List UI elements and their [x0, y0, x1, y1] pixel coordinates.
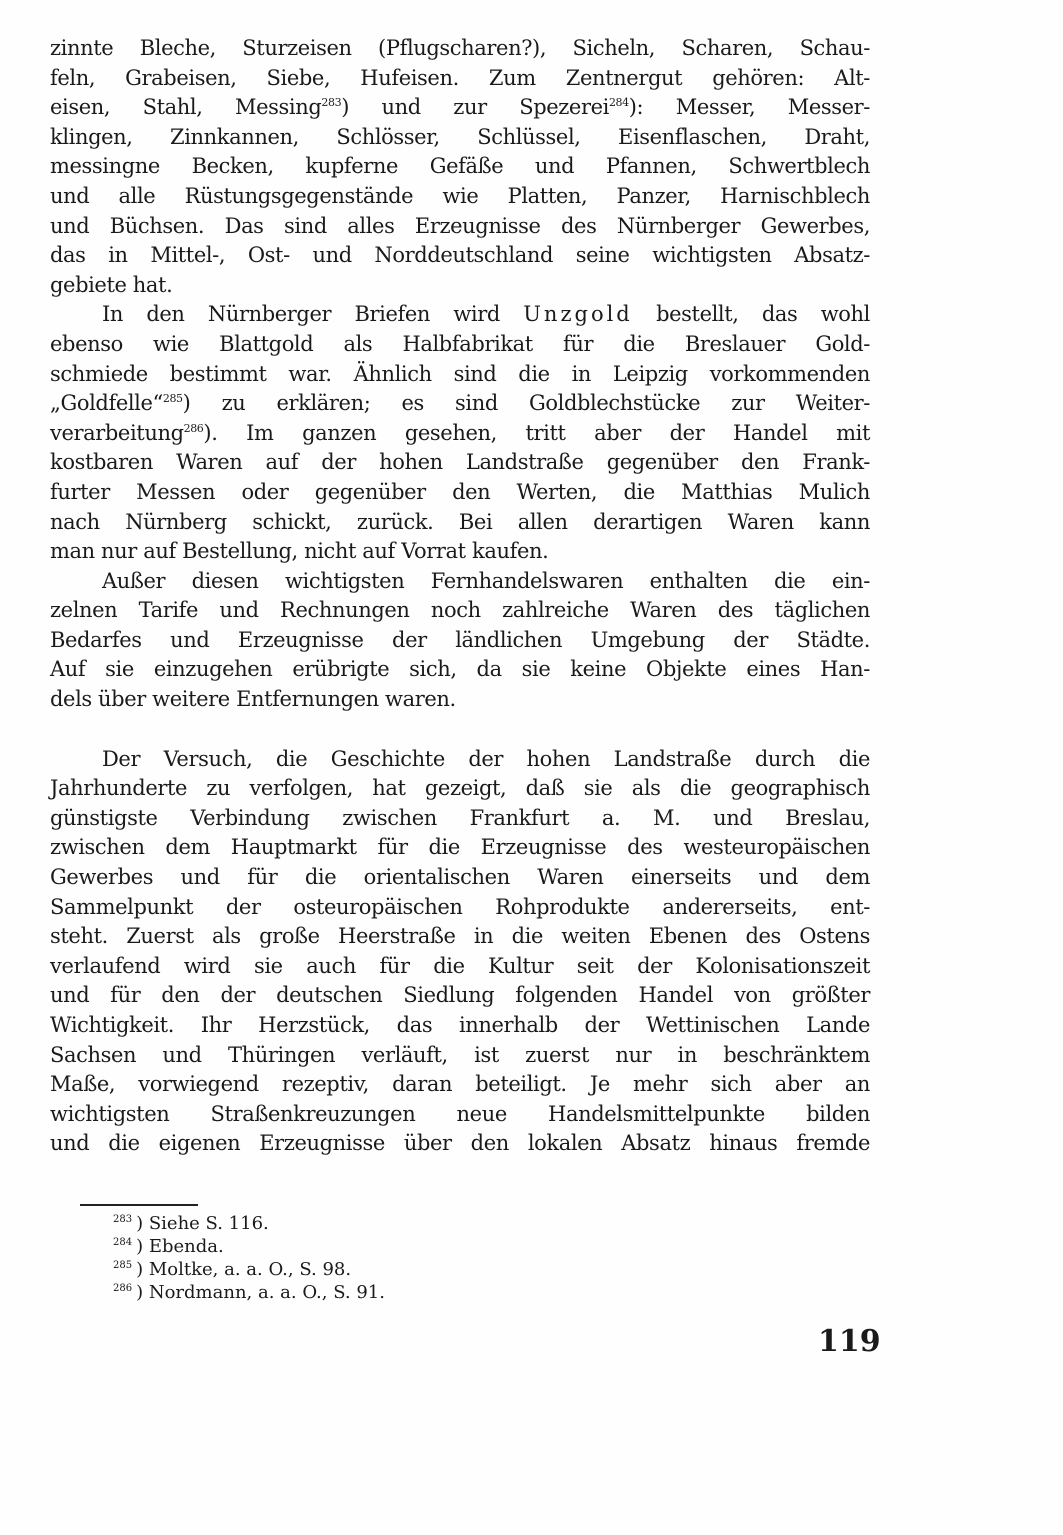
- text-line: günstigste Verbindung zwischen Frankfurt…: [50, 804, 870, 834]
- text-line: zwischen dem Hauptmarkt für die Erzeugni…: [50, 833, 870, 863]
- footnote: 284) Ebenda.: [113, 1235, 613, 1258]
- text-fragment: In den Nürnberger Briefen wird: [102, 302, 523, 326]
- footnote: 285) Moltke, a. a. O., S. 98.: [113, 1258, 613, 1281]
- footnote-ref: 284: [609, 96, 629, 109]
- text-line: zinnte Bleche, Sturzeisen (Pflugscharen?…: [50, 34, 870, 64]
- page-number: 119: [818, 1324, 881, 1359]
- text-line: man nur auf Bestellung, nicht auf Vorrat…: [50, 537, 870, 567]
- footnote-number: 285: [113, 1260, 132, 1271]
- text-line: kostbaren Waren auf der hohen Landstraße…: [50, 448, 870, 478]
- text-line: Sachsen und Thüringen verläuft, ist zuer…: [50, 1041, 870, 1071]
- text-line: klingen, Zinnkannen, Schlösser, Schlüsse…: [50, 123, 870, 153]
- text-line: Jahrhunderte zu verfolgen, hat gezeigt, …: [50, 774, 870, 804]
- footnote-number: 286: [113, 1283, 132, 1294]
- footnote-ref: 285: [163, 392, 183, 405]
- text-line: In den Nürnberger Briefen wird Unzgold b…: [50, 300, 870, 330]
- text-line: dels über weitere Entfernungen waren.: [50, 685, 870, 715]
- text-line: Bedarfes und Erzeugnisse der ländlichen …: [50, 626, 870, 656]
- section-gap: [50, 715, 870, 745]
- text-line: feln, Grabeisen, Siebe, Hufeisen. Zum Ze…: [50, 64, 870, 94]
- footnote-divider: [80, 1204, 198, 1206]
- text-line: messingne Becken, kupferne Gefäße und Pf…: [50, 152, 870, 182]
- text-line: Maße, vorwiegend rezeptiv, daran beteili…: [50, 1070, 870, 1100]
- text-line: Der Versuch, die Geschichte der hohen La…: [50, 745, 870, 775]
- footnote-ref: 286: [184, 422, 204, 435]
- text-line: und die eigenen Erzeugnisse über den lok…: [50, 1129, 870, 1159]
- footnote: 283) Siehe S. 116.: [113, 1212, 613, 1235]
- text-line: furter Messen oder gegenüber den Werten,…: [50, 478, 870, 508]
- text-fragment: bestellt, das wohl: [633, 302, 870, 326]
- text-line: ebenso wie Blattgold als Halbfabrikat fü…: [50, 330, 870, 360]
- text-line: zelnen Tarife und Rechnungen noch zahlre…: [50, 596, 870, 626]
- emphasized-term: Unzgold: [523, 302, 633, 326]
- text-line: Gewerbes und für die orientalischen Ware…: [50, 863, 870, 893]
- footnote-number: 283: [113, 1214, 132, 1225]
- text-line: eisen, Stahl, Messing283) und zur Spezer…: [50, 93, 870, 123]
- body-text: zinnte Bleche, Sturzeisen (Pflugscharen?…: [50, 34, 870, 1159]
- text-line: wichtigsten Straßenkreuzungen neue Hande…: [50, 1100, 870, 1130]
- text-fragment: ) zu erklären; es sind Goldblechstücke z…: [183, 391, 870, 415]
- text-fragment: „Goldfelle“: [50, 391, 163, 415]
- text-line: steht. Zuerst als große Heerstraße in di…: [50, 922, 870, 952]
- book-page: zinnte Bleche, Sturzeisen (Pflugscharen?…: [0, 0, 1063, 1535]
- footnote-text: ) Moltke, a. a. O., S. 98.: [136, 1259, 351, 1280]
- text-fragment: verarbeitung: [50, 421, 184, 445]
- text-line: gebiete hat.: [50, 271, 870, 301]
- text-line: das in Mittel-, Ost- und Norddeutschland…: [50, 241, 870, 271]
- text-line: „Goldfelle“285) zu erklären; es sind Gol…: [50, 389, 870, 419]
- footnote-text: ) Siehe S. 116.: [136, 1213, 269, 1234]
- footnote: 286) Nordmann, a. a. O., S. 91.: [113, 1281, 613, 1304]
- text-line: verarbeitung286). Im ganzen gesehen, tri…: [50, 419, 870, 449]
- footnote-ref: 283: [321, 96, 341, 109]
- text-line: und Büchsen. Das sind alles Erzeugnisse …: [50, 212, 870, 242]
- text-line: und für den der deutschen Siedlung folge…: [50, 981, 870, 1011]
- text-line: schmiede bestimmt war. Ähnlich sind die …: [50, 360, 870, 390]
- text-line: Wichtigkeit. Ihr Herzstück, das innerhal…: [50, 1011, 870, 1041]
- footnote-text: ) Nordmann, a. a. O., S. 91.: [136, 1282, 385, 1303]
- text-line: verlaufend wird sie auch für die Kultur …: [50, 952, 870, 982]
- text-line: Außer diesen wichtigsten Fernhandelsware…: [50, 567, 870, 597]
- text-line: nach Nürnberg schickt, zurück. Bei allen…: [50, 508, 870, 538]
- text-fragment: eisen, Stahl, Messing: [50, 95, 321, 119]
- text-fragment: ) und zur Spezerei: [341, 95, 609, 119]
- footnotes: 283) Siehe S. 116. 284) Ebenda. 285) Mol…: [113, 1212, 613, 1304]
- text-line: Auf sie einzugehen erübrigte sich, da si…: [50, 655, 870, 685]
- text-fragment: ). Im ganzen gesehen, tritt aber der Han…: [203, 421, 870, 445]
- text-line: Sammelpunkt der osteuropäischen Rohprodu…: [50, 893, 870, 923]
- footnote-text: ) Ebenda.: [136, 1236, 224, 1257]
- footnote-number: 284: [113, 1237, 132, 1248]
- text-fragment: ): Messer, Messer-: [629, 95, 870, 119]
- text-line: und alle Rüstungsgegenstände wie Platten…: [50, 182, 870, 212]
